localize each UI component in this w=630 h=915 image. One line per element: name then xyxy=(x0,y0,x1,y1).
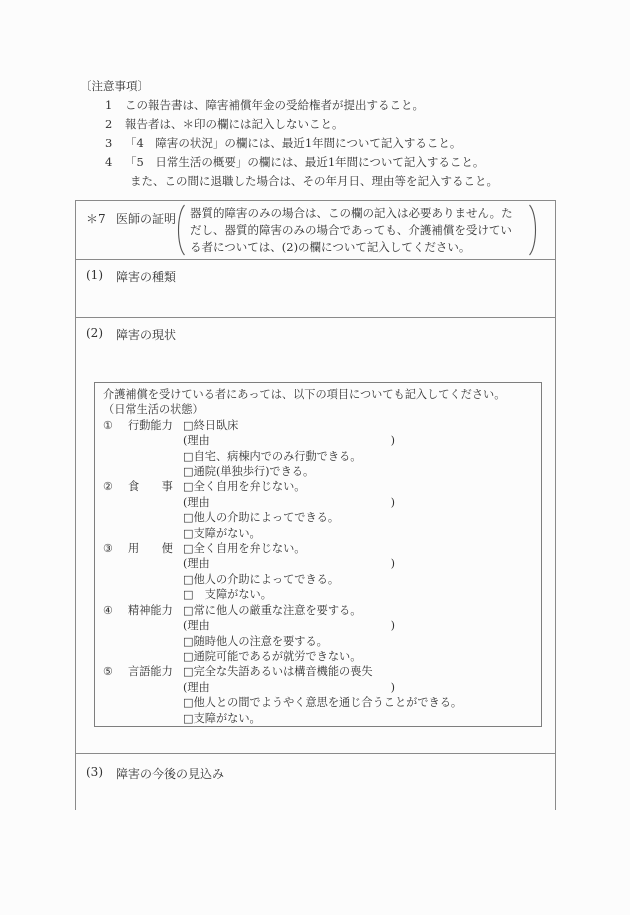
care-item-first-line: ②食 事□全く自用を弁じない。 xyxy=(95,479,541,494)
note-item: また、この間に退職した場合は、その年月日、理由等を記入すること。 xyxy=(130,172,498,191)
reason-field: (理由) xyxy=(183,618,395,633)
doctor-note: 器質的障害のみの場合は、この欄の記入は必要ありません。た だし、器質的障害のみの… xyxy=(190,205,535,256)
care-option-line: □支障がない。 xyxy=(95,711,541,726)
care-option-line: □支障がない。 xyxy=(95,526,541,541)
care-option-line: □自宅、病棟内でのみ行動できる。 xyxy=(95,449,541,464)
notes-section: 〔注意事項〕 1この報告書は、障害補償年金の受給権者が提出すること。2報告者は、… xyxy=(80,77,498,191)
note-item-text: また、この間に退職した場合は、その年月日、理由等を記入すること。 xyxy=(130,172,498,191)
reason-close-paren: ) xyxy=(391,556,395,571)
reason-open-label: (理由 xyxy=(183,495,210,510)
checkbox-icon: □ xyxy=(183,479,194,494)
care-option-line: □通院(単独歩行)できる。 xyxy=(95,464,541,479)
note-item: 2報告者は、＊印の欄には記入しないこと。 xyxy=(105,115,498,134)
care-option-text: 随時他人の注意を要する。 xyxy=(194,634,328,649)
note-item: 3「4 障害の状況」の欄には、最近1年間について記入すること。 xyxy=(105,134,498,153)
care-option-text: 支障がない。 xyxy=(194,587,272,602)
care-option-line: □随時他人の注意を要する。 xyxy=(95,634,541,649)
checkbox-icon: □ xyxy=(183,541,194,556)
care-option-line: □通院可能であるが就労できない。 xyxy=(95,649,541,664)
care-option-text: 通院可能であるが就労できない。 xyxy=(194,649,362,664)
checkbox-icon: □ xyxy=(183,649,194,664)
care-option-line: (理由) xyxy=(95,433,541,448)
care-option-line: □ 支障がない。 xyxy=(95,587,541,602)
doctor-row-number: ＊7 xyxy=(86,210,106,227)
care-item-number: ③ xyxy=(103,541,128,556)
reason-open-label: (理由 xyxy=(183,556,210,571)
reason-open-label: (理由 xyxy=(183,433,210,448)
care-item-number: ② xyxy=(103,479,128,494)
checkbox-icon: □ xyxy=(183,449,194,464)
care-item-label: 言語能力 xyxy=(128,664,183,679)
care-items-list: ①行動能力□終日臥床(理由)□自宅、病棟内でのみ行動できる。□通院(単独歩行)で… xyxy=(95,418,541,726)
checkbox-icon: □ xyxy=(183,526,194,541)
checkbox-icon: □ xyxy=(183,418,194,433)
reason-close-paren: ) xyxy=(391,680,395,695)
doctor-note-line: る者については、(2)の欄について記入してください。 xyxy=(190,239,535,256)
disability-current-state-row: (2) 障害の現状 介護補償を受けている者にあっては、以下の項目についても記入し… xyxy=(76,318,555,754)
care-item-first-line: ③用 便□全く自用を弁じない。 xyxy=(95,541,541,556)
row-number: (3) xyxy=(86,765,103,779)
notes-list: 1この報告書は、障害補償年金の受給権者が提出すること。2報告者は、＊印の欄には記… xyxy=(80,96,498,191)
doctor-certification-row: ＊7 医師の証明 器質的障害のみの場合は、この欄の記入は必要ありません。た だし… xyxy=(76,201,555,260)
care-box-subtitle: （日常生活の状態） xyxy=(95,402,541,417)
care-item-first-line: ④精神能力□常に他人の厳重な注意を要する。 xyxy=(95,603,541,618)
care-option-text: 他人との間でようやく意思を通じ合うことができる。 xyxy=(194,695,463,710)
disability-outlook-row: (3) 障害の今後の見込み xyxy=(76,754,555,811)
reason-close-paren: ) xyxy=(391,495,395,510)
care-item-label: 精神能力 xyxy=(128,603,183,618)
care-option-line: (理由) xyxy=(95,495,541,510)
care-item-label: 用 便 xyxy=(128,541,183,556)
row-number: (1) xyxy=(86,268,103,282)
bracket-close-icon xyxy=(528,204,541,256)
row-number: (2) xyxy=(86,326,103,340)
doctor-note-line: だし、器質的障害のみの場合であっても、介護補償を受けてい xyxy=(190,222,535,239)
reason-field: (理由) xyxy=(183,680,395,695)
checkbox-icon: □ xyxy=(183,464,194,479)
note-item-text: 「5 日常生活の概要」の欄には、最近1年間について記入すること。 xyxy=(125,153,484,172)
care-status-box: 介護補償を受けている者にあっては、以下の項目についても記入してください。 （日常… xyxy=(94,382,542,727)
care-item-first-line: ①行動能力□終日臥床 xyxy=(95,418,541,433)
checkbox-icon: □ xyxy=(183,711,194,726)
checkbox-icon: □ xyxy=(183,695,194,710)
care-item-first-line: ⑤言語能力□完全な失語あるいは構音機能の喪失 xyxy=(95,664,541,679)
care-option-line: □他人との間でようやく意思を通じ合うことができる。 xyxy=(95,695,541,710)
checkbox-icon: □ xyxy=(183,603,194,618)
care-option-text: 自宅、病棟内でのみ行動できる。 xyxy=(194,449,362,464)
care-option-line: (理由) xyxy=(95,556,541,571)
note-item-text: 「4 障害の状況」の欄には、最近1年間について記入すること。 xyxy=(125,134,461,153)
reason-field: (理由) xyxy=(183,433,395,448)
reason-open-label: (理由 xyxy=(183,680,210,695)
checkbox-icon: □ xyxy=(183,664,194,679)
note-item-text: 報告者は、＊印の欄には記入しないこと。 xyxy=(125,115,344,134)
care-item-label: 行動能力 xyxy=(128,418,183,433)
note-item: 1この報告書は、障害補償年金の受給権者が提出すること。 xyxy=(105,96,498,115)
doctor-row-label: 医師の証明 xyxy=(116,210,176,227)
care-option-line: (理由) xyxy=(95,680,541,695)
note-item-number: 3 xyxy=(105,134,125,153)
row-label: 障害の現状 xyxy=(116,326,176,343)
checkbox-icon: □ xyxy=(183,634,194,649)
care-option-text: 全く自用を弁じない。 xyxy=(194,479,306,494)
care-option-text: 完全な失語あるいは構音機能の喪失 xyxy=(194,664,373,679)
note-item-text: この報告書は、障害補償年金の受給権者が提出すること。 xyxy=(125,96,424,115)
bracket-open-icon xyxy=(173,204,186,256)
note-item-number: 4 xyxy=(105,153,125,172)
reason-open-label: (理由 xyxy=(183,618,210,633)
checkbox-icon: □ xyxy=(183,587,194,602)
disability-type-row: (1) 障害の種類 xyxy=(76,260,555,318)
care-item-label: 食 事 xyxy=(128,479,183,494)
reason-close-paren: ) xyxy=(391,433,395,448)
care-option-text: 常に他人の厳重な注意を要する。 xyxy=(194,603,362,618)
row-label: 障害の今後の見込み xyxy=(116,765,224,782)
care-item-number: ① xyxy=(103,418,128,433)
reason-field: (理由) xyxy=(183,495,395,510)
care-option-line: □他人の介助によってできる。 xyxy=(95,572,541,587)
care-option-line: (理由) xyxy=(95,618,541,633)
care-box-intro: 介護補償を受けている者にあっては、以下の項目についても記入してください。 xyxy=(95,387,541,402)
checkbox-icon: □ xyxy=(183,572,194,587)
care-item-number: ⑤ xyxy=(103,664,128,679)
checkbox-icon: □ xyxy=(183,510,194,525)
care-option-text: 通院(単独歩行)できる。 xyxy=(194,464,315,479)
reason-close-paren: ) xyxy=(391,618,395,633)
care-option-text: 支障がない。 xyxy=(194,711,261,726)
care-option-text: 終日臥床 xyxy=(194,418,239,433)
notes-title: 〔注意事項〕 xyxy=(80,77,498,96)
reason-field: (理由) xyxy=(183,556,395,571)
document-page: 〔注意事項〕 1この報告書は、障害補償年金の受給権者が提出すること。2報告者は、… xyxy=(0,0,630,915)
note-item-number: 2 xyxy=(105,115,125,134)
care-option-text: 支障がない。 xyxy=(194,526,261,541)
care-item-number: ④ xyxy=(103,603,128,618)
care-option-line: □他人の介助によってできる。 xyxy=(95,510,541,525)
form-table: ＊7 医師の証明 器質的障害のみの場合は、この欄の記入は必要ありません。た だし… xyxy=(75,200,556,810)
note-item: 4「5 日常生活の概要」の欄には、最近1年間について記入すること。 xyxy=(105,153,498,172)
doctor-note-line: 器質的障害のみの場合は、この欄の記入は必要ありません。た xyxy=(190,205,535,222)
care-option-text: 他人の介助によってできる。 xyxy=(194,572,339,587)
care-option-text: 全く自用を弁じない。 xyxy=(194,541,306,556)
note-item-number: 1 xyxy=(105,96,125,115)
row-label: 障害の種類 xyxy=(116,268,176,285)
care-option-text: 他人の介助によってできる。 xyxy=(194,510,339,525)
